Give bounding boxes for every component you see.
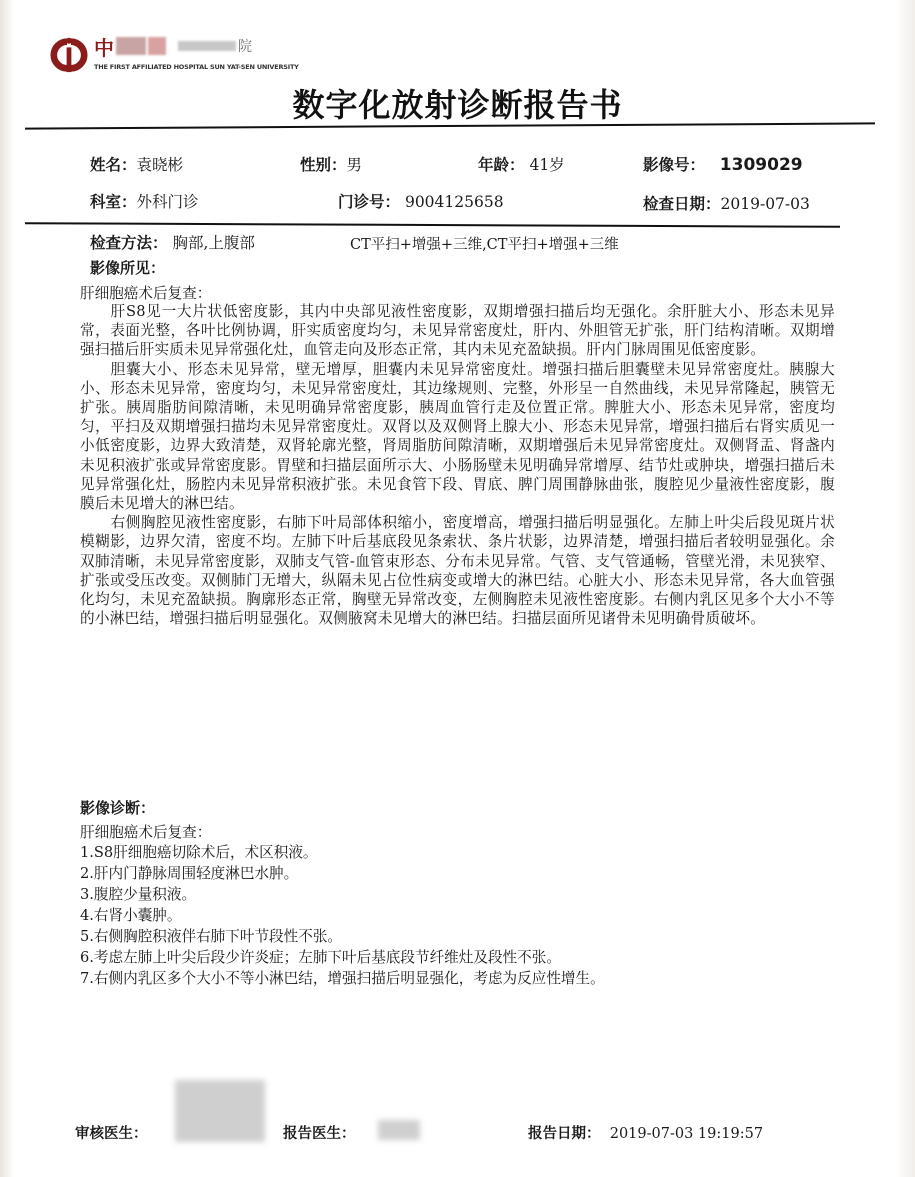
patient-name-label: 姓名： — [90, 156, 137, 174]
hospital-logo: 中 院 THE FIRST AFFILIATED HOSPITAL SUN YA… — [50, 34, 310, 79]
paper-edge-left — [0, 0, 14, 1177]
age-label: 年龄： — [478, 156, 525, 174]
gender-field: 性别：男 — [300, 153, 362, 175]
gender-label: 性别： — [300, 156, 347, 174]
findings-body: 肝S8见一大片状低密度影，其内中央部见液性密度影，双期增强扫描后均无强化。余肝脏… — [80, 302, 835, 628]
report-date-label: 报告日期： — [528, 1126, 601, 1142]
diagnosis-title: 影像诊断： — [80, 797, 155, 818]
exam-body-parts: 胸部,上腹部 — [172, 234, 254, 252]
findings-paragraph-chest: 右侧胸腔见液性密度影，右肺下叶局部体积缩小，密度增高，增强扫描后明显强化。左肺上… — [80, 513, 835, 628]
findings-paragraph-abdomen: 胆囊大小、形态未见异常，壁无增厚，胆囊内未见异常密度灶。增强扫描后胆囊壁未见异常… — [80, 360, 835, 514]
department-value: 外科门诊 — [137, 193, 199, 211]
diagnosis-subhead: 肝细胞癌术后复查： — [80, 821, 211, 842]
diagnosis-item: 1.S8肝细胞癌切除术后，术区积液。 — [80, 842, 605, 863]
image-no-label: 影像号： — [643, 156, 705, 174]
reviewer-signature-redacted — [175, 1080, 265, 1142]
exam-method-value: CT平扫+增强+三维,CT平扫+增强+三维 — [350, 233, 619, 254]
hospital-logo-icon — [50, 36, 88, 74]
reporter-signature-redacted — [378, 1120, 420, 1140]
paper-edge-right — [895, 0, 915, 1177]
department-field: 科室：外科门诊 — [90, 190, 199, 212]
redacted-block — [116, 37, 146, 55]
outpatient-no-field: 门诊号： 9004125658 — [338, 190, 504, 212]
exam-date-field: 检查日期：2019-07-03 — [643, 192, 810, 214]
exam-date-value: 2019-07-03 — [721, 195, 810, 213]
exam-method-field: 检查方法： 胸部,上腹部 — [90, 231, 255, 253]
findings-subhead: 肝细胞癌术后复查： — [80, 282, 211, 303]
logo-char-visible: 院 — [238, 36, 252, 56]
report-title: 数字化放射诊断报告书 — [0, 80, 915, 126]
image-no-field: 影像号： 1309029 — [643, 153, 803, 175]
diagnosis-item: 3.腹腔少量积液。 — [80, 884, 605, 905]
logo-char: 中 — [94, 32, 114, 61]
hospital-name-en: THE FIRST AFFILIATED HOSPITAL SUN YAT-SE… — [94, 63, 299, 71]
exam-method-label: 检查方法： — [90, 234, 168, 252]
diagnosis-item: 7.右侧内乳区多个大小不等小淋巴结，增强扫描后明显强化，考虑为反应性增生。 — [80, 968, 605, 989]
reviewer-label: 审核医生： — [75, 1122, 148, 1143]
outpatient-no-value: 9004125658 — [405, 193, 504, 211]
patient-name-field: 姓名：袁晓彬 — [90, 153, 183, 175]
report-date-field: 报告日期： 2019-07-03 19:19:57 — [528, 1122, 763, 1143]
patient-name-value: 袁晓彬 — [137, 156, 184, 174]
department-label: 科室： — [90, 193, 137, 211]
divider-mid — [25, 222, 840, 228]
diagnosis-item: 2.肝内门静脉周围轻度淋巴水肿。 — [80, 863, 605, 884]
age-value: 41岁 — [529, 156, 564, 174]
diagnosis-item: 4.右肾小囊肿。 — [80, 905, 605, 926]
redacted-block — [178, 41, 236, 51]
exam-date-label: 检查日期： — [643, 195, 721, 213]
diagnosis-list: 1.S8肝细胞癌切除术后，术区积液。 2.肝内门静脉周围轻度淋巴水肿。 3.腹腔… — [80, 842, 605, 989]
outpatient-no-label: 门诊号： — [338, 193, 400, 211]
report-date-value: 2019-07-03 19:19:57 — [610, 1126, 763, 1142]
findings-title: 影像所见： — [90, 257, 165, 278]
reporter-label: 报告医生： — [283, 1122, 356, 1143]
redacted-block — [148, 37, 166, 55]
gender-value: 男 — [347, 156, 363, 174]
image-no-value: 1309029 — [720, 155, 803, 175]
diagnosis-item: 5.右侧胸腔积液伴右肺下叶节段性不张。 — [80, 926, 605, 947]
age-field: 年龄： 41岁 — [478, 153, 565, 175]
diagnosis-item: 6.考虑左肺上叶尖后段少许炎症；左肺下叶后基底段节纤维灶及段性不张。 — [80, 947, 605, 968]
findings-paragraph-liver: 肝S8见一大片状低密度影，其内中央部见液性密度影，双期增强扫描后均无强化。余肝脏… — [80, 302, 835, 360]
hospital-name-cn: 中 院 — [94, 34, 252, 58]
